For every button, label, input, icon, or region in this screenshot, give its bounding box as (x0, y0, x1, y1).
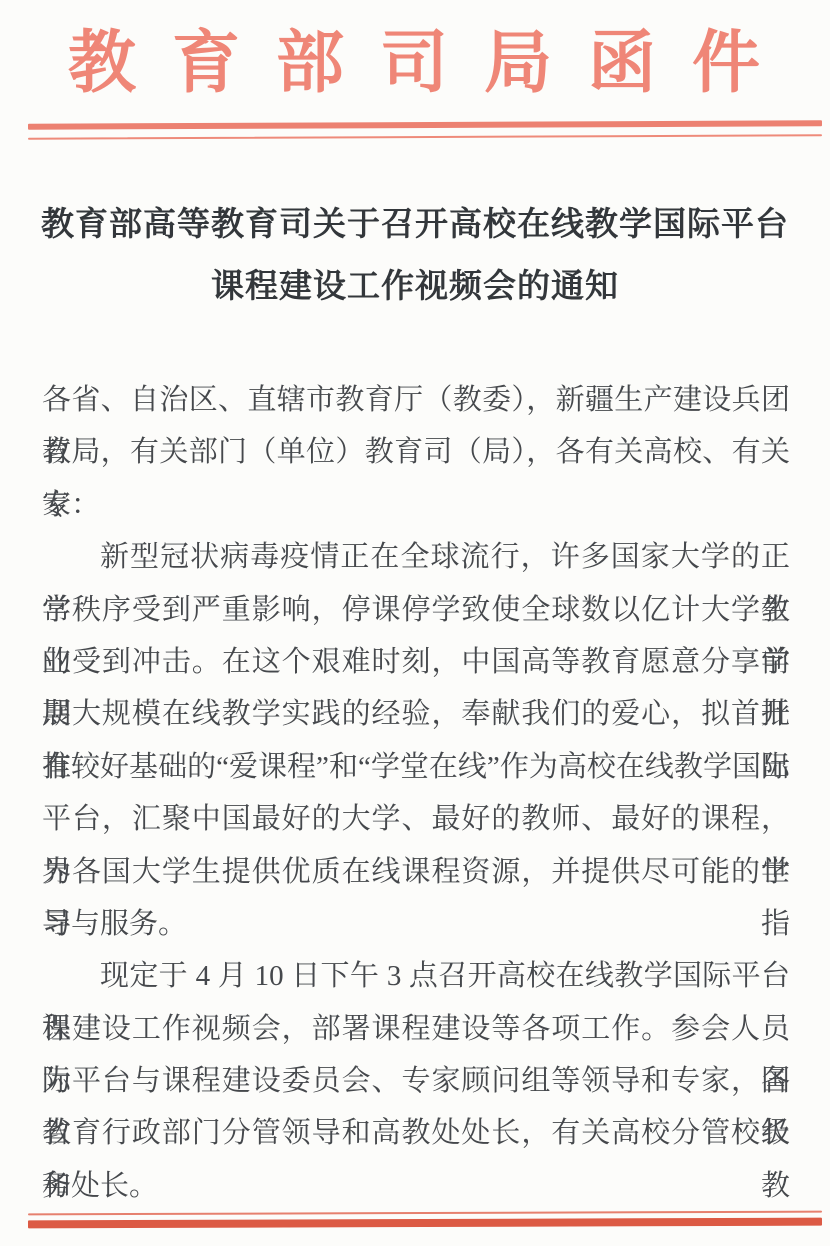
paragraph2-line: 际平台与课程建设委员会、专家顾问组等领导和专家，各省级 (42, 1055, 790, 1107)
salutation-line: 家： (42, 479, 790, 531)
document-title-line1: 教育部高等教育司关于召开高校在线教学国际平台 (0, 198, 830, 245)
paragraph1-line: 平台，汇聚中国最好的大学、最好的教师、最好的课程，为世 (42, 793, 790, 845)
letterhead-title: 教 育 部 司 局 函 件 (68, 16, 760, 110)
paragraph1-line: 展大规模在线教学实践的经验，奉献我们的爱心，拟首批推出 (42, 688, 790, 740)
paragraph1-line: 业受到冲击。在这个艰难时刻，中国高等教育愿意分享前期开 (42, 636, 790, 688)
paragraph1-line: 界各国大学生提供优质在线课程资源，并提供尽可能的学习指 (42, 846, 790, 898)
paragraph1-line: 学秩序受到严重影响，停课停学致使全球数以亿计大学生的学 (42, 584, 790, 636)
paragraph2-line: 教育行政部门分管领导和高教处处长，有关高校分管校长和教 (42, 1107, 790, 1159)
bottom-rule-thick (28, 1218, 822, 1229)
top-rule-thick (28, 120, 822, 129)
document-body: 各省、自治区、直辖市教育厅（教委），新疆生产建设兵团教 育局，有关部门（单位）教… (42, 374, 790, 1212)
paragraph2-line: 程建设工作视频会，部署课程建设等各项工作。参会人员为国 (42, 1003, 790, 1055)
top-rule-thin (28, 134, 822, 139)
paragraph1-line: 新型冠状病毒疫情正在全球流行，许多国家大学的正常教 (42, 531, 790, 583)
salutation-line: 各省、自治区、直辖市教育厅（教委），新疆生产建设兵团教 (42, 374, 790, 426)
document-title-line2: 课程建设工作视频会的通知 (0, 260, 830, 307)
document-page: 教 育 部 司 局 函 件 教育部高等教育司关于召开高校在线教学国际平台 课程建… (0, 0, 830, 1246)
salutation-line: 育局，有关部门（单位）教育司（局），各有关高校、有关专 (42, 426, 790, 478)
paragraph1-line: 有较好基础的“爱课程”和“学堂在线”作为高校在线教学国际 (42, 741, 790, 793)
paragraph2-line: 现定于 4 月 10 日下午 3 点召开高校在线教学国际平台课 (42, 950, 790, 1002)
